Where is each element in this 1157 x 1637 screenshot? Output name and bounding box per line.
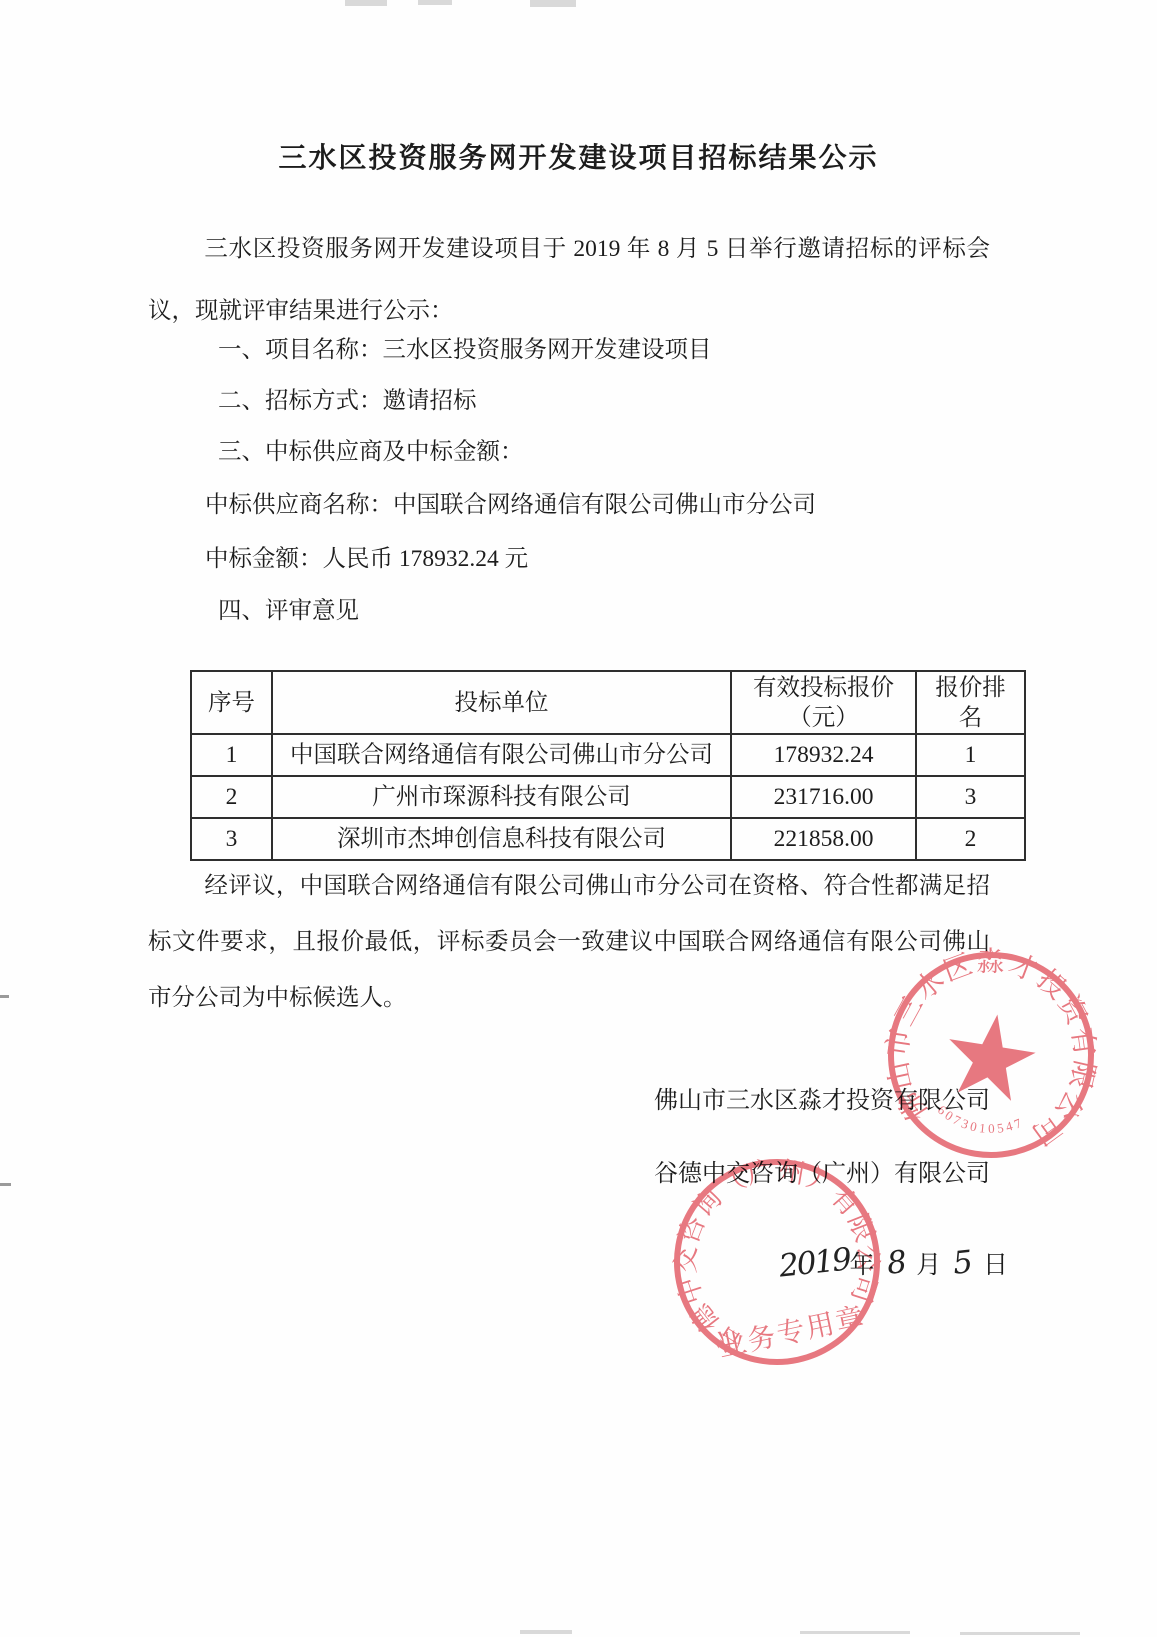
scan-artifact [530, 0, 576, 7]
scan-artifact [520, 1630, 572, 1634]
red-business-seal-icon: 谷德中交咨询（广州）有限公司 业务专用章 [641, 1126, 914, 1399]
scan-artifact [0, 1183, 11, 1186]
item-project-name: 一、项目名称：三水区投资服务网开发建设项目 [218, 330, 712, 364]
day-char: 日 [983, 1252, 1008, 1279]
month-char: 月 [916, 1252, 941, 1279]
header-报价排名: 报价排名 [916, 671, 1025, 734]
star-icon [941, 1008, 1040, 1104]
cell-company: 中国联合网络通信有限公司佛山市分公司 [272, 734, 731, 776]
header-投标单位: 投标单位 [272, 671, 731, 734]
cell-price: 221858.00 [731, 818, 916, 860]
cell-rank: 3 [916, 776, 1025, 818]
seal2-bottom-text: 业务专用章 [715, 1301, 868, 1363]
page-title: 三水区投资服务网开发建设项目招标结果公示 [0, 136, 1157, 176]
scanned-document-page: 三水区投资服务网开发建设项目招标结果公示 三水区投资服务网开发建设项目于 201… [0, 0, 1157, 1637]
cell-price: 231716.00 [731, 776, 916, 818]
scan-artifact [800, 1631, 910, 1634]
table-header-row: 序号 投标单位 有效投标报价（元） 报价排名 [191, 671, 1025, 734]
scan-artifact [960, 1632, 1080, 1635]
cell-price: 178932.24 [731, 734, 916, 776]
cell-rank: 1 [916, 734, 1025, 776]
cell-no: 2 [191, 776, 272, 818]
bid-result-table: 序号 投标单位 有效投标报价（元） 报价排名 1 中国联合网络通信有限公司佛山市… [190, 670, 1026, 861]
seal1-code-digits: 6073010547 [932, 1101, 1028, 1143]
svg-text:6073010547: 6073010547 [932, 1101, 1028, 1143]
cell-company: 广州市琛源科技有限公司 [272, 776, 731, 818]
cell-no: 1 [191, 734, 272, 776]
table-row: 1 中国联合网络通信有限公司佛山市分公司 178932.24 1 [191, 734, 1025, 776]
winner-amount-line: 中标金额：人民币 178932.24 元 [205, 539, 528, 573]
winner-name-line: 中标供应商名称：中国联合网络通信有限公司佛山市分公司 [205, 485, 816, 519]
conclusion-paragraph: 经评议，中国联合网络通信有限公司佛山市分公司在资格、符合性都满足招标文件要求，且… [148, 858, 990, 1026]
scan-artifact [0, 995, 9, 998]
red-company-seal-icon: 佛山市三水区淼才投资有限公司 6073010547 [842, 906, 1139, 1203]
cell-no: 3 [191, 818, 272, 860]
handwritten-day: 5 [951, 1244, 972, 1282]
header-序号: 序号 [191, 671, 272, 734]
item-winner-heading: 三、中标供应商及中标金额： [218, 432, 524, 466]
intro-paragraph: 三水区投资服务网开发建设项目于 2019 年 8 月 5 日举行邀请招标的评标会… [148, 218, 990, 342]
scan-artifact [345, 0, 387, 6]
table-row: 2 广州市琛源科技有限公司 231716.00 3 [191, 776, 1025, 818]
scan-artifact [418, 0, 452, 5]
table-row: 3 深圳市杰坤创信息科技有限公司 221858.00 2 [191, 818, 1025, 860]
item-bid-method: 二、招标方式：邀请招标 [218, 381, 477, 415]
cell-rank: 2 [916, 818, 1025, 860]
cell-company: 深圳市杰坤创信息科技有限公司 [272, 818, 731, 860]
header-有效投标报价: 有效投标报价（元） [731, 671, 916, 734]
item-review-opinion: 四、评审意见 [218, 591, 359, 625]
